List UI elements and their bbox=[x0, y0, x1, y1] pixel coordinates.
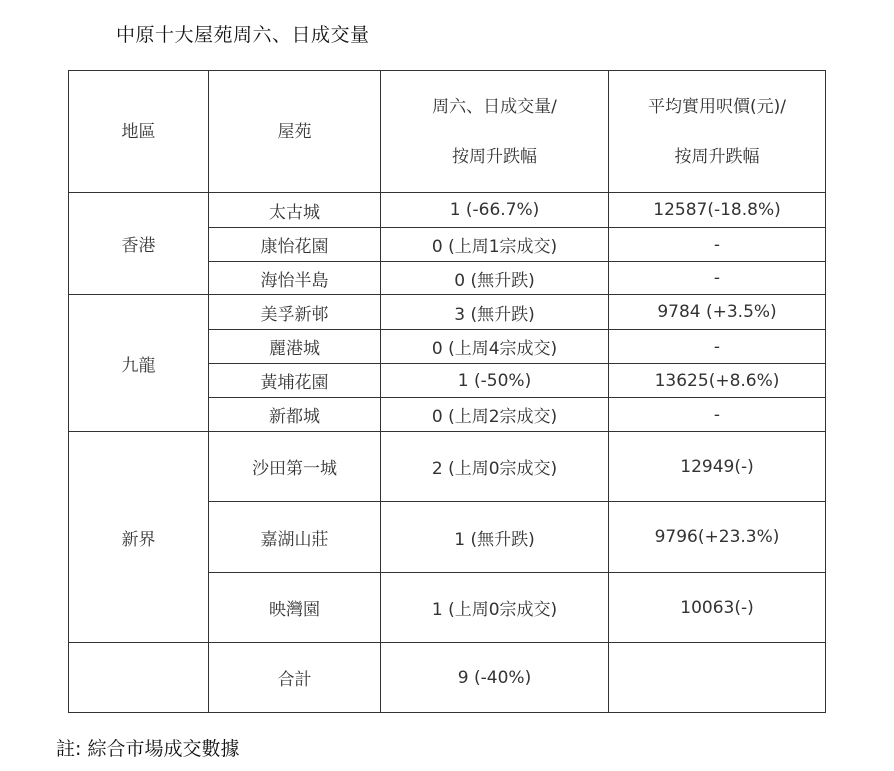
volume-cell: 0 (上周2宗成交) bbox=[381, 398, 609, 432]
price-cell: 12587(-18.8%) bbox=[609, 193, 826, 228]
price-cell: 13625(+8.6%) bbox=[609, 364, 826, 398]
header-estate: 屋苑 bbox=[209, 71, 381, 193]
volume-cell: 2 (上周0宗成交) bbox=[381, 432, 609, 502]
header-price: 平均實用呎價(元)/ 按周升跌幅 bbox=[609, 71, 826, 193]
volume-cell: 3 (無升跌) bbox=[381, 295, 609, 330]
price-cell: - bbox=[609, 398, 826, 432]
estate-cell: 麗港城 bbox=[209, 330, 381, 364]
price-cell: 10063(-) bbox=[609, 573, 826, 643]
transactions-table: 地區 屋苑 周六、日成交量/ 按周升跌幅 平均實用呎價(元)/ 按周升跌幅 香港… bbox=[68, 70, 826, 713]
table-row: 新界 沙田第一城 2 (上周0宗成交) 12949(-) bbox=[69, 432, 826, 502]
price-cell: - bbox=[609, 228, 826, 262]
total-row: 合計 9 (-40%) bbox=[69, 643, 826, 713]
estate-cell: 新都城 bbox=[209, 398, 381, 432]
estate-cell: 太古城 bbox=[209, 193, 381, 228]
header-price-line1: 平均實用呎價(元)/ bbox=[609, 82, 825, 132]
page-title: 中原十大屋苑周六、日成交量 bbox=[116, 20, 370, 47]
footnote: 註: 綜合市場成交數據 bbox=[56, 734, 239, 761]
total-price-cell bbox=[609, 643, 826, 713]
header-volume-line2: 按周升跌幅 bbox=[381, 132, 608, 182]
volume-cell: 1 (-50%) bbox=[381, 364, 609, 398]
price-cell: - bbox=[609, 330, 826, 364]
price-cell: 9796(+23.3%) bbox=[609, 502, 826, 573]
volume-cell: 1 (無升跌) bbox=[381, 502, 609, 573]
header-district: 地區 bbox=[69, 71, 209, 193]
total-label-cell: 合計 bbox=[209, 643, 381, 713]
estate-cell: 康怡花園 bbox=[209, 228, 381, 262]
volume-cell: 0 (上周1宗成交) bbox=[381, 228, 609, 262]
estate-cell: 映灣園 bbox=[209, 573, 381, 643]
price-cell: 9784 (+3.5%) bbox=[609, 295, 826, 330]
header-volume: 周六、日成交量/ 按周升跌幅 bbox=[381, 71, 609, 193]
price-cell: 12949(-) bbox=[609, 432, 826, 502]
price-cell: - bbox=[609, 262, 826, 295]
total-district-cell bbox=[69, 643, 209, 713]
estate-cell: 沙田第一城 bbox=[209, 432, 381, 502]
volume-cell: 0 (無升跌) bbox=[381, 262, 609, 295]
volume-cell: 1 (-66.7%) bbox=[381, 193, 609, 228]
total-volume-cell: 9 (-40%) bbox=[381, 643, 609, 713]
header-row: 地區 屋苑 周六、日成交量/ 按周升跌幅 平均實用呎價(元)/ 按周升跌幅 bbox=[69, 71, 826, 193]
district-cell: 香港 bbox=[69, 193, 209, 295]
estate-cell: 黃埔花園 bbox=[209, 364, 381, 398]
volume-cell: 0 (上周4宗成交) bbox=[381, 330, 609, 364]
header-price-line2: 按周升跌幅 bbox=[609, 132, 825, 182]
estate-cell: 美孚新邨 bbox=[209, 295, 381, 330]
table-row: 九龍 美孚新邨 3 (無升跌) 9784 (+3.5%) bbox=[69, 295, 826, 330]
estate-cell: 嘉湖山莊 bbox=[209, 502, 381, 573]
table-row: 香港 太古城 1 (-66.7%) 12587(-18.8%) bbox=[69, 193, 826, 228]
header-volume-line1: 周六、日成交量/ bbox=[381, 82, 608, 132]
district-cell: 新界 bbox=[69, 432, 209, 643]
volume-cell: 1 (上周0宗成交) bbox=[381, 573, 609, 643]
district-cell: 九龍 bbox=[69, 295, 209, 432]
estate-cell: 海怡半島 bbox=[209, 262, 381, 295]
